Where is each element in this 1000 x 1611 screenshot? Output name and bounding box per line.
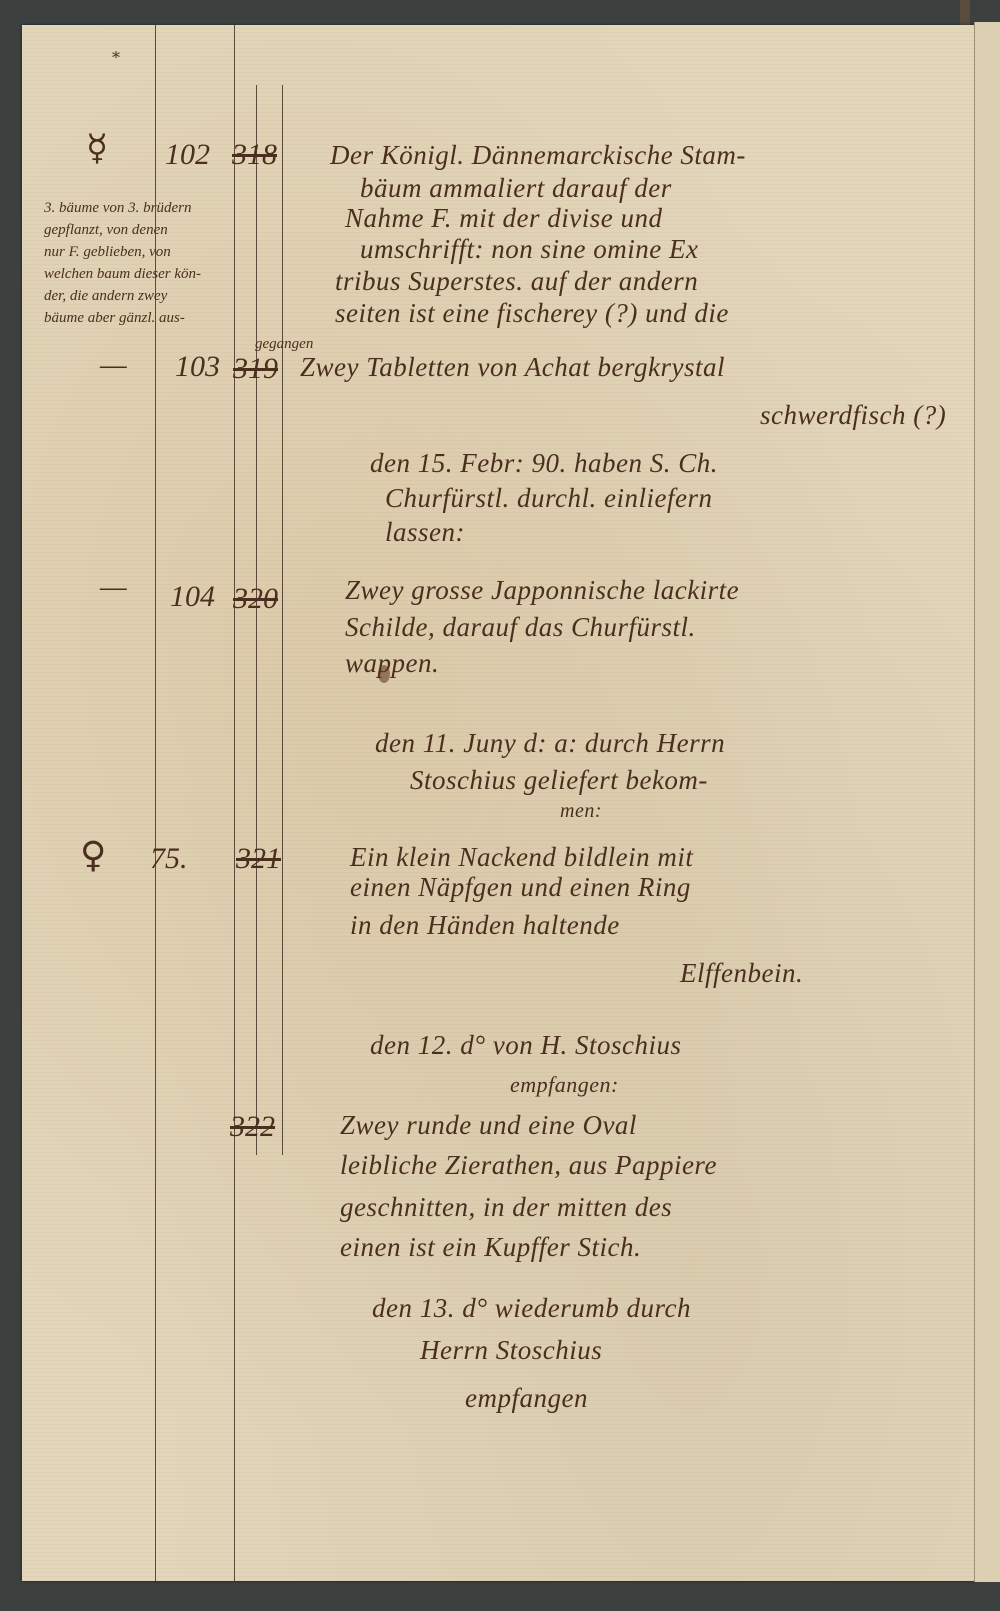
next-page-edge	[974, 22, 1000, 1582]
old-number: 319	[233, 352, 278, 386]
old-number: 318	[232, 138, 277, 172]
date-line: empfangen:	[510, 1072, 619, 1098]
date-line: den 15. Febr: 90. haben S. Ch.	[370, 448, 718, 479]
entry-text: Zwey runde und eine Oval	[340, 1110, 637, 1141]
column-rule	[234, 25, 235, 1581]
venus-symbol-icon: ♀	[80, 835, 106, 876]
date-line: men:	[560, 800, 602, 823]
entry-text: geschnitten, in der mitten des	[340, 1192, 672, 1223]
dash-mark: —	[100, 570, 127, 604]
column-rule	[282, 85, 283, 1155]
date-line: lassen:	[385, 517, 465, 548]
date-line: empfangen	[465, 1383, 588, 1414]
entry-number: 104	[170, 580, 215, 614]
entry-number: 103	[175, 350, 220, 384]
entry-text: Zwey grosse Japponnische lackirte	[345, 575, 739, 606]
date-line: Churfürstl. durchl. einliefern	[385, 483, 713, 514]
entry-text: in den Händen haltende	[350, 910, 620, 941]
entry-text: einen Näpfgen und einen Ring	[350, 872, 691, 903]
ink-stain	[378, 665, 390, 683]
mercury-symbol-icon: ☿	[86, 128, 108, 169]
date-line: den 13. d° wiederumb durch	[372, 1293, 691, 1324]
entry-text: Elffenbein.	[680, 958, 803, 989]
date-line: Herrn Stoschius	[420, 1335, 602, 1366]
date-line: Stoschius geliefert bekom-	[410, 765, 708, 796]
date-line: den 11. Juny d: a: durch Herrn	[375, 728, 725, 759]
entry-text: leibliche Zierathen, aus Pappiere	[340, 1150, 717, 1181]
entry-number: 102	[165, 138, 210, 172]
binding-strip	[960, 0, 970, 25]
entry-text: schwerdfisch (?)	[760, 400, 946, 431]
old-number: 320	[233, 582, 278, 616]
entry-text: Ein klein Nackend bildlein mit	[350, 842, 693, 873]
entry-text: Schilde, darauf das Churfürstl.	[345, 612, 696, 643]
dash-mark: —	[100, 348, 127, 382]
date-line: den 12. d° von H. Stoschius	[370, 1030, 682, 1061]
column-rule	[256, 85, 257, 1155]
old-number: 322	[230, 1110, 275, 1144]
entry-text: wappen.	[345, 648, 439, 679]
entry-text: einen ist ein Kupffer Stich.	[340, 1232, 641, 1263]
entry-number: 75.	[150, 842, 188, 876]
page-mark: *	[112, 48, 120, 67]
old-number: 321	[236, 842, 281, 876]
entry-text: Zwey Tabletten von Achat bergkrystal	[300, 352, 725, 383]
